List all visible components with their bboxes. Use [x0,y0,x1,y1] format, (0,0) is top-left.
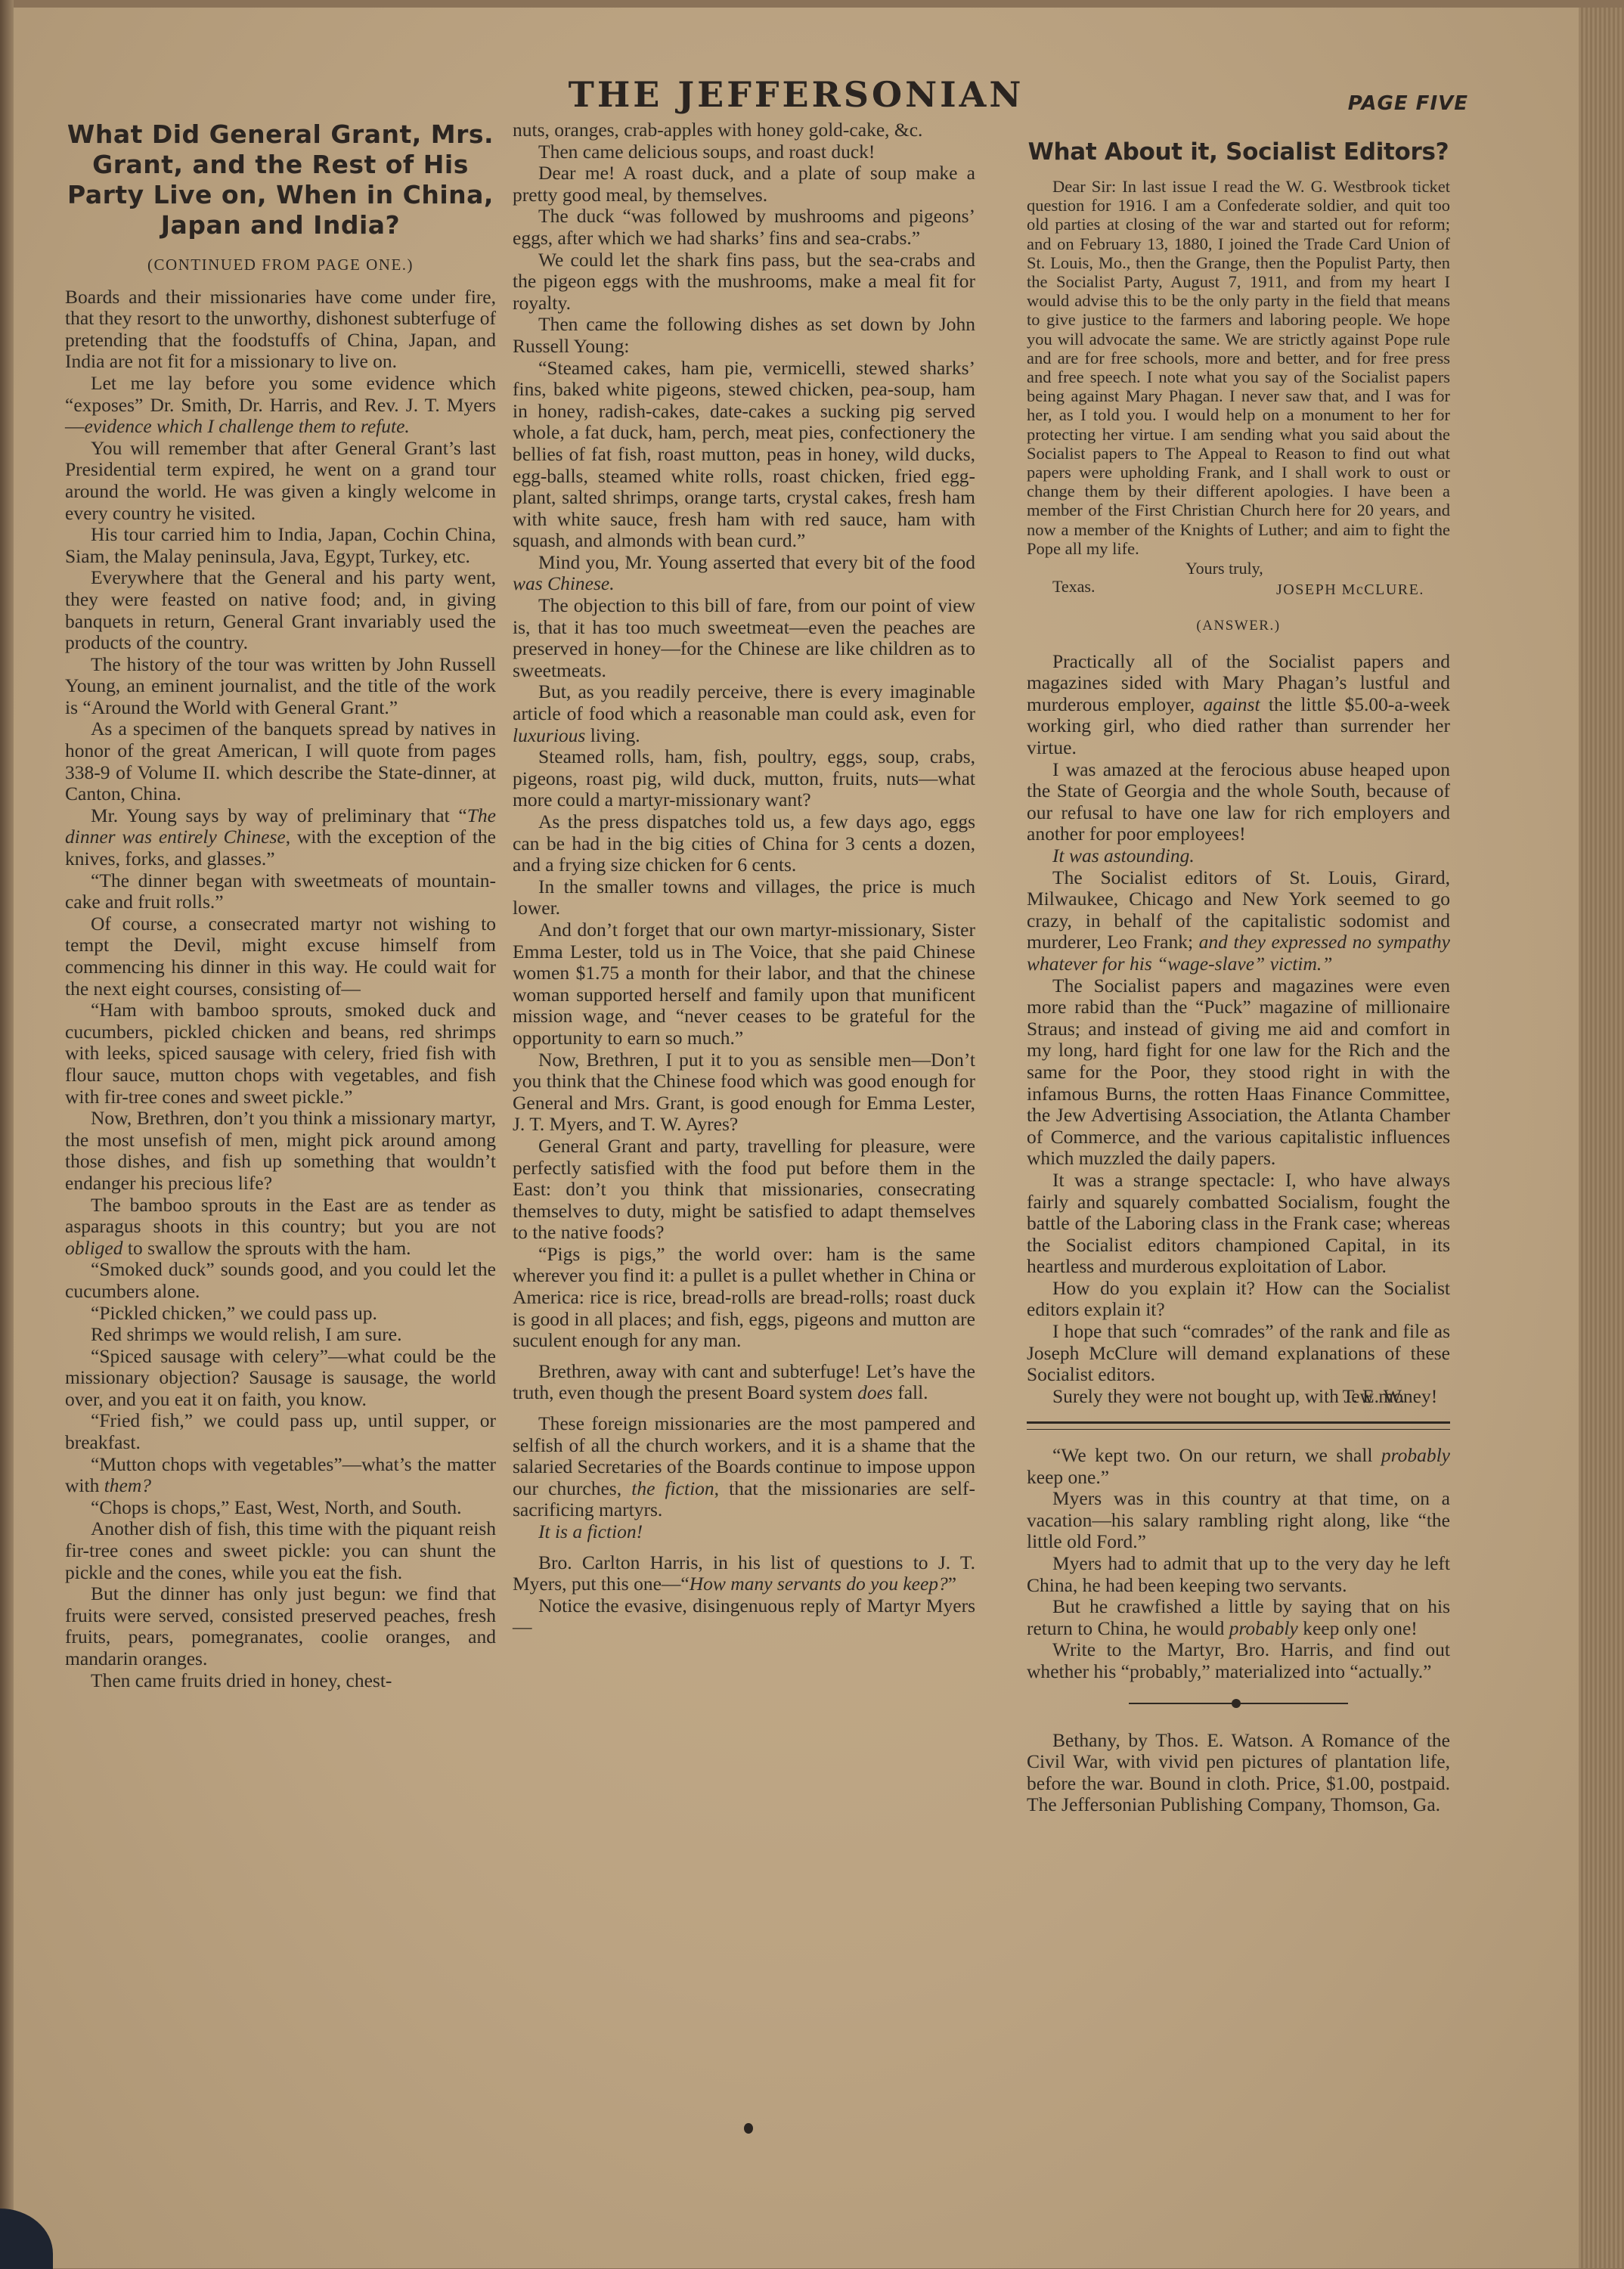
column-1: What Did General Grant, Mrs. Grant, and … [65,119,496,1691]
paragraph: “Pickled chicken,” we could pass up. [65,1303,496,1325]
column-3: What About it, Socialist Editors? Dear S… [1027,119,1450,1816]
paragraph: Mind you, Mr. Young asserted that every … [513,552,975,595]
paragraph: I hope that such “comrades” of the rank … [1027,1321,1450,1386]
page-stack-edge [1579,8,1624,2268]
paragraph: But the dinner has only just begun: we f… [65,1583,496,1669]
paragraph: Practically all of the Socialist papers … [1027,651,1450,759]
masthead: THE JEFFERSONIAN [14,74,1579,115]
paragraph: General Grant and party, travelling for … [513,1136,975,1244]
paragraph: The objection to this bill of fare, from… [513,595,975,681]
paragraph: Myers had to admit that up to the very d… [1027,1553,1450,1596]
paragraph: Let me lay before you some evidence whic… [65,373,496,438]
paragraph: It was a strange spectacle: I, who have … [1027,1170,1450,1278]
letter-signature: Yours truly, Texas. JOSEPH McCLURE. [1027,558,1450,596]
paragraph: We could let the shark fins pass, but th… [513,250,975,315]
paragraph: Everywhere that the General and his part… [65,567,496,653]
paragraph: “Fried fish,” we could pass up, until su… [65,1410,496,1453]
paragraph: “Chops is chops,” East, West, North, and… [65,1497,496,1519]
paragraph: “Spiced sausage with celery”—what could … [65,1346,496,1411]
paragraph: Notice the evasive, disingenuous reply o… [513,1595,975,1638]
paragraph: I was amazed at the ferocious abuse heap… [1027,759,1450,845]
paragraph: The bamboo sprouts in the East are as te… [65,1195,496,1260]
paragraph: Steamed rolls, ham, fish, poultry, eggs,… [513,746,975,811]
book-spine-edge [0,0,14,2269]
paragraph: “We kept two. On our return, we shall pr… [1027,1445,1450,1488]
book-advertisement: Bethany, by Thos. E. Watson. A Romance o… [1027,1730,1450,1816]
paragraph: Write to the Martyr, Bro. Harris, and fi… [1027,1639,1450,1682]
paragraph: As the press dispatches told us, a few d… [513,811,975,876]
paragraph: Myers was in this country at that time, … [1027,1488,1450,1553]
paragraph: “The dinner began with sweetmeats of mou… [65,870,496,913]
paragraph: Another dish of fish, this time with the… [65,1518,496,1583]
paragraph: Mr. Young says by way of preliminary tha… [65,805,496,870]
paragraph: It is a fiction! [513,1521,975,1543]
menu-quote: “Ham with bamboo sprouts, smoked duck an… [65,1000,496,1108]
paragraph: In the smaller towns and villages, the p… [513,876,975,919]
paragraph: Brethren, away with cant and subterfuge!… [513,1361,975,1404]
newspaper-page: THE JEFFERSONIAN PAGE FIVE What Did Gene… [14,8,1579,2268]
paragraph: Now, Brethren, I put it to you as sensib… [513,1049,975,1136]
paragraph: But, as you readily perceive, there is e… [513,681,975,746]
paragraph: Of course, a consecrated martyr not wish… [65,913,496,1000]
paragraph: “Smoked duck” sounds good, and you could… [65,1259,496,1302]
reader-letter: Dear Sir: In last issue I read the W. G.… [1027,177,1450,558]
paragraph: Now, Brethren, don’t you think a mission… [65,1108,496,1194]
letter-closing: Yours truly, [1185,558,1263,580]
paragraph: You will remember that after General Gra… [65,438,496,524]
article-headline: What Did General Grant, Mrs. Grant, and … [65,119,496,240]
ink-spot [744,2123,753,2134]
ornament-divider [1129,1703,1348,1707]
paragraph: It was astounding. [1027,845,1450,867]
dot-ornament-icon [1232,1699,1241,1708]
section-divider [1027,1421,1450,1430]
paragraph: The duck “was followed by mushrooms and … [513,206,975,249]
paragraph: Then came fruits dried in honey, chest- [65,1670,496,1692]
letter-location: Texas. [1052,576,1096,598]
paragraph: How do you explain it? How can the Socia… [1027,1278,1450,1321]
paragraph: The Socialist papers and magazines were … [1027,975,1450,1170]
page-number: PAGE FIVE [1348,92,1468,115]
newspaper-title: THE JEFFERSONIAN [569,74,1024,115]
paragraph: These foreign missionaries are the most … [513,1413,975,1521]
paragraph: Bro. Carlton Harris, in his list of ques… [513,1552,975,1595]
paragraph: But he crawfished a little by saying tha… [1027,1596,1450,1639]
article-headline: What About it, Socialist Editors? [1027,138,1450,166]
paragraph: As a specimen of the banquets spread by … [65,718,496,804]
paragraph: And don’t forget that our own martyr-mis… [513,919,975,1049]
paragraph: Then came the following dishes as set do… [513,314,975,357]
paragraph: Red shrimps we would relish, I am sure. [65,1324,496,1346]
paragraph: The Socialist editors of St. Louis, Gira… [1027,867,1450,975]
answer-label: (ANSWER.) [1027,615,1450,637]
paragraph: Then came delicious soups, and roast duc… [513,141,975,163]
paragraph: The history of the tour was written by J… [65,654,496,719]
paragraph: Dear me! A roast duck, and a plate of so… [513,163,975,206]
paragraph: His tour carried him to India, Japan, Co… [65,524,496,567]
paragraph: Boards and their missionaries have come … [65,287,496,373]
paragraph: “Mutton chops with vegetables”—what’s th… [65,1454,496,1497]
menu-quote: “Steamed cakes, ham pie, vermicelli, ste… [513,358,975,552]
paragraph: “Pigs is pigs,” the world over: ham is t… [513,1244,975,1352]
letter-signer: JOSEPH McCLURE. [1276,579,1424,601]
paragraph: nuts, oranges, crab-apples with honey go… [513,119,975,141]
letter-body: Dear Sir: In last issue I read the W. G.… [1027,177,1450,558]
continued-note: (CONTINUED FROM PAGE ONE.) [65,254,496,276]
column-2: nuts, oranges, crab-apples with honey go… [513,119,975,1638]
